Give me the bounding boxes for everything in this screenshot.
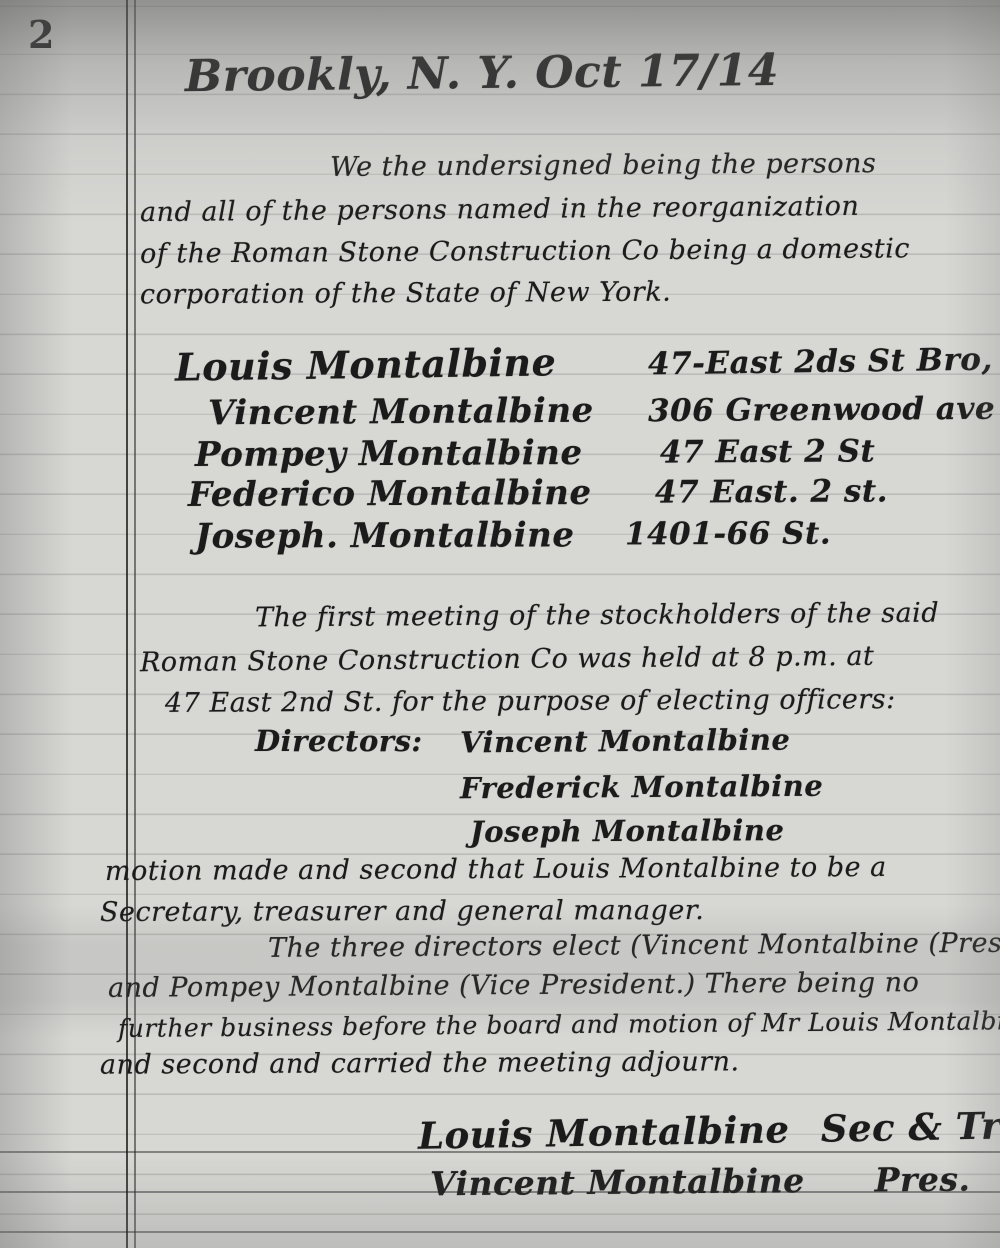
- attendee-name: Pompey Montalbine: [195, 433, 583, 475]
- ledger-page: 2 Brookly, N. Y. Oct 17/14 We the unders…: [0, 0, 1000, 1248]
- page-number: 2: [28, 12, 54, 57]
- director-name: Vincent Montalbine: [460, 723, 791, 760]
- attendee-address: 47 East. 2 st.: [655, 473, 888, 510]
- resolution-paragraph-line: The three directors elect (Vincent Monta…: [268, 927, 1000, 964]
- signature-name-text: Vincent Montalbine: [430, 1161, 805, 1203]
- signature-title: Sec & Treas: [820, 1102, 1000, 1150]
- signature-title: Pres.: [874, 1160, 970, 1200]
- meeting-paragraph-line: Roman Stone Construction Co was held at …: [140, 641, 875, 678]
- director-name: Frederick Montalbine: [460, 769, 823, 806]
- attendee-address: 1401-66 St.: [625, 516, 831, 553]
- attendee-name: Louis Montalbine: [175, 339, 557, 389]
- attendee-address: 47 East 2 St: [660, 433, 875, 470]
- opening-paragraph-line: of the Roman Stone Construction Co being…: [140, 233, 910, 269]
- attendee-name: Federico Montalbine: [188, 473, 592, 515]
- resolution-paragraph-line: and second and carried the meeting adjou…: [100, 1046, 740, 1080]
- meeting-paragraph-line: The first meeting of the stockholders of…: [255, 598, 939, 634]
- motion-paragraph-line: motion made and second that Louis Montal…: [105, 852, 887, 887]
- ruled-line-dark: [0, 1231, 1000, 1233]
- opening-paragraph-line: and all of the persons named in the reor…: [140, 191, 860, 228]
- resolution-paragraph-line: and Pompey Montalbine (Vice President.) …: [108, 967, 920, 1004]
- signature-name-text: Louis Montalbine: [418, 1107, 790, 1157]
- director-name: Joseph Montalbine: [470, 813, 785, 849]
- opening-paragraph-line: We the undersigned being the persons: [330, 148, 877, 183]
- attendee-name: Joseph. Montalbine: [195, 515, 575, 556]
- directors-label: Directors:: [255, 724, 423, 758]
- signature-name: Louis Montalbine Sec & Treas: [418, 1102, 1000, 1157]
- date-heading: Brookly, N. Y. Oct 17/14: [185, 45, 779, 102]
- attendee-address: 47-East 2ds St Bro,: [648, 342, 993, 383]
- resolution-paragraph-line: further business before the board and mo…: [118, 1006, 1000, 1043]
- opening-paragraph-line: corporation of the State of New York.: [140, 277, 671, 311]
- motion-paragraph-line: Secretary, treasurer and general manager…: [100, 895, 704, 928]
- attendee-name: Vincent Montalbine: [208, 391, 594, 434]
- meeting-paragraph-line: 47 East 2nd St. for the purpose of elect…: [165, 684, 896, 719]
- attendee-address: 306 Greenwood ave: [648, 391, 995, 429]
- signature-name: Vincent Montalbine Pres.: [430, 1160, 971, 1204]
